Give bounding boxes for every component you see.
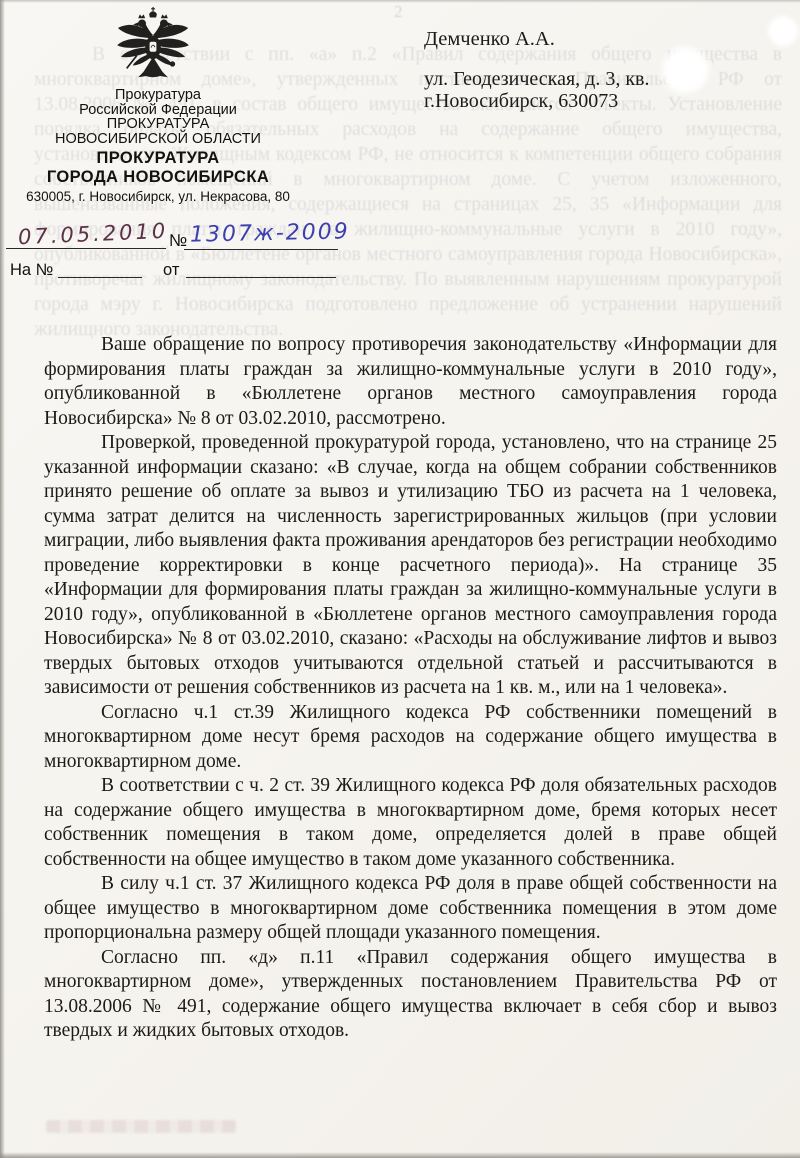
incoming-date-underline [186,277,336,278]
addressee-name: Демченко А.А. [424,28,774,50]
number-sign: № [169,231,187,251]
ghost-smudge [46,1120,236,1133]
handwritten-date: 07.05.2010 [18,219,169,250]
letterhead-address: 630005, г. Новосибирск, ул. Некрасова, 8… [2,189,314,204]
punch-hole [771,19,795,43]
letterhead: Прокуратура Российской Федерации ПРОКУРА… [2,88,314,204]
letterhead-org-line: НОВОСИБИРСКОЙ ОБЛАСТИ [2,132,314,147]
addressee-city: г.Новосибирск, 630073 [424,90,774,112]
body-paragraph: Ваше обращение по вопросу противоречия з… [44,333,777,431]
body-paragraph: В соответствии с ч. 2 ст. 39 Жилищного к… [44,774,777,872]
incoming-date-label: от [163,261,179,280]
scanned-letter-page: 2 В соответствии с пп. «а» п.2 «Правил с… [0,0,800,1158]
ghost-page-number: 2 [394,2,403,22]
letterhead-org-line: Российской Федерации [2,103,314,118]
body-paragraph: Согласно пп. «д» п.11 «Правил содержания… [44,946,777,1044]
incoming-ref-underline [58,277,142,278]
body-paragraph: Проверкой, проведенной прокуратурой горо… [44,431,777,701]
coat-of-arms-eagle-icon [114,6,192,86]
addressee-block: Демченко А.А. ул. Геодезическая, д. 3, к… [424,28,774,112]
body-paragraph: В силу ч.1 ст. 37 Жилищного кодекса РФ д… [44,872,777,946]
addressee-street: ул. Геодезическая, д. 3, кв., [424,68,774,90]
letter-body: Ваше обращение по вопросу противоречия з… [44,333,777,1044]
number-underline [184,249,338,250]
letterhead-org-line-bold: ГОРОДА НОВОСИБИРСКА [2,168,314,187]
incoming-ref-label: На № [10,261,53,280]
letterhead-org-line-bold: ПРОКУРАТУРА [2,149,314,168]
scan-edge-bottom [0,1152,800,1158]
body-paragraph: Согласно ч.1 ст.39 Жилищного кодекса РФ … [44,701,777,775]
letterhead-org-line: ПРОКУРАТУРА [2,117,314,132]
addressee-street-text: ул. Геодезическая, д. 3, кв. [424,68,649,90]
letterhead-org-line: Прокуратура [2,88,314,103]
handwritten-outgoing-number: 1307ж-2009 [190,219,350,247]
